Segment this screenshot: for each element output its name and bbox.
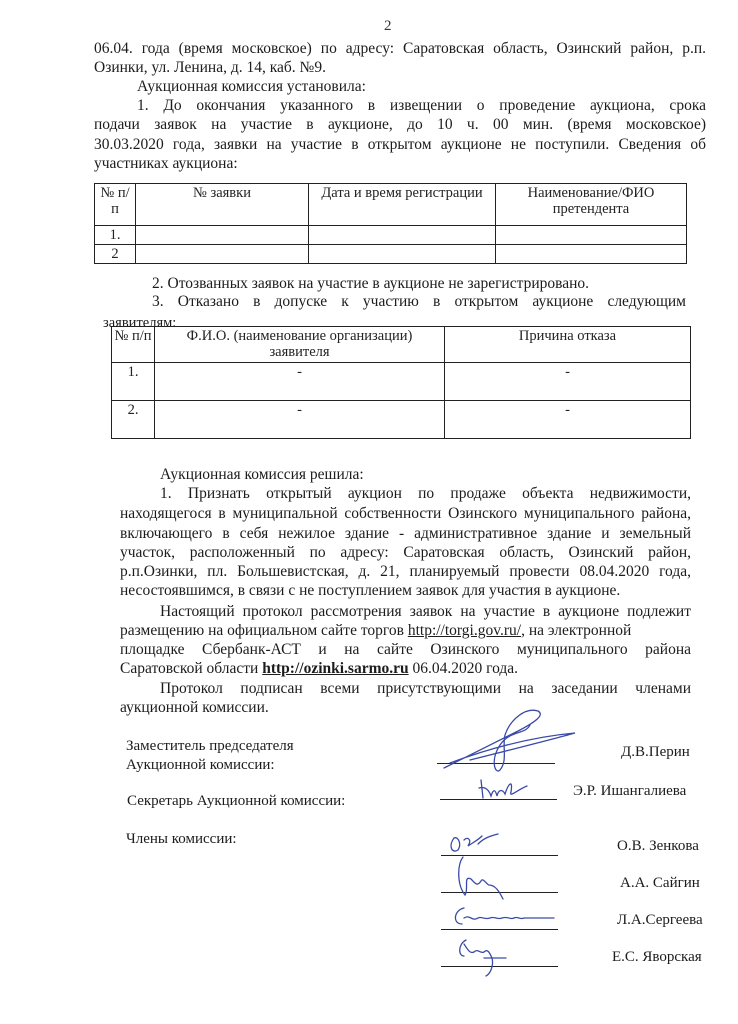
table-cell xyxy=(309,245,496,264)
publication-line2-pre: размещению на официальном сайте торгов xyxy=(120,622,408,639)
table-cell: 2 xyxy=(95,245,136,264)
header-cell: Ф.И.О. (наименование организации) заявит… xyxy=(155,327,445,363)
header-cell: Причина отказа xyxy=(445,327,691,363)
decided-line: включающего в себя нежилое здание - адми… xyxy=(120,525,691,543)
table-row: 2. - - xyxy=(112,401,691,439)
publication-line3: площадке Сбербанк-АСТ и на сайте Озинско… xyxy=(120,641,691,659)
deputy-label-1: Заместитель председателя xyxy=(126,737,294,755)
publication-line4: Саратовской области http://ozinki.sarmo.… xyxy=(120,660,518,678)
table-row: 2 xyxy=(95,245,687,264)
table-row: 1. - - xyxy=(112,363,691,401)
signed-line2: аукционной комиссии. xyxy=(120,699,269,717)
member-signature-icon xyxy=(450,904,560,934)
applications-table: № п/п № заявки Дата и время регистрации … xyxy=(94,183,687,264)
item-2: 2. Отозванных заявок на участие в аукцио… xyxy=(152,275,589,293)
table-cell xyxy=(136,245,309,264)
intro-line-2: Озинки, ул. Ленина, д. 14, каб. №9. xyxy=(94,59,326,77)
table-cell: - xyxy=(155,363,445,401)
header-cell: № заявки xyxy=(136,184,309,226)
decided-line: р.п.Озинки, пл. Большевистская, д. 21, п… xyxy=(120,563,691,581)
table-cell xyxy=(496,245,687,264)
established-item1-line1: 1. До окончания указанного в извещении о… xyxy=(137,97,706,115)
member-name: Е.С. Яворская xyxy=(612,948,702,966)
member-signature-icon xyxy=(454,938,514,978)
member-signature-icon xyxy=(455,855,515,903)
header-cell: № п/п xyxy=(95,184,136,226)
ozinki-link[interactable]: http://ozinki.sarmo.ru xyxy=(262,660,408,677)
decided-line: 1. Признать открытый аукцион по продаже … xyxy=(160,485,691,503)
decided-line: участок, расположенный по адресу: Сарато… xyxy=(120,544,691,562)
publication-line4-post: 06.04.2020 года. xyxy=(409,660,518,677)
established-heading: Аукционная комиссия установила: xyxy=(137,78,366,96)
established-item1-line2: подачи заявок на участие в аукционе, до … xyxy=(94,116,706,134)
item-3-line1: 3. Отказано в допуске к участию в открыт… xyxy=(152,293,686,311)
table-cell: - xyxy=(445,401,691,439)
decided-line: несостоявшимся, в связи с не поступление… xyxy=(120,582,620,600)
table-cell xyxy=(496,226,687,245)
members-label: Члены комиссии: xyxy=(126,830,237,848)
intro-line-1: 06.04. года (время московское) по адресу… xyxy=(94,40,706,58)
table-header-row: № п/п № заявки Дата и время регистрации … xyxy=(95,184,687,226)
table-cell: - xyxy=(445,363,691,401)
table-cell: 1. xyxy=(112,363,155,401)
established-item1-line3: 30.03.2020 года, заявки на участие в отк… xyxy=(94,136,706,154)
secretary-signature-icon xyxy=(477,778,547,800)
member-name: А.А. Сайгин xyxy=(620,874,700,892)
publication-line2-post: , на электронной xyxy=(521,622,631,639)
header-cell: № п/п xyxy=(112,327,155,363)
table-header-row: № п/п Ф.И.О. (наименование организации) … xyxy=(112,327,691,363)
decided-heading: Аукционная комиссия решила: xyxy=(160,466,364,484)
publication-line2: размещению на официальном сайте торгов h… xyxy=(120,622,691,640)
established-item1-line4: участниках аукциона: xyxy=(94,155,238,173)
secretary-label: Секретарь Аукционной комиссии: xyxy=(127,792,345,810)
table-cell xyxy=(136,226,309,245)
header-cell: Дата и время регистрации xyxy=(309,184,496,226)
header-cell: Наименование/ФИО претендента xyxy=(496,184,687,226)
publication-line4-pre: Саратовской области xyxy=(120,660,262,677)
member-name: О.В. Зенкова xyxy=(617,837,699,855)
publication-line1: Настоящий протокол рассмотрения заявок н… xyxy=(160,603,691,621)
table-cell: 2. xyxy=(112,401,155,439)
table-row: 1. xyxy=(95,226,687,245)
table-cell: - xyxy=(155,401,445,439)
decided-line: находящегося в муниципальной собственнос… xyxy=(120,505,691,523)
deputy-name: Д.В.Перин xyxy=(621,743,690,761)
rejections-table: № п/п Ф.И.О. (наименование организации) … xyxy=(111,326,691,439)
deputy-signature-icon xyxy=(440,705,580,775)
torgi-link[interactable]: http://torgi.gov.ru/ xyxy=(408,622,521,639)
member-name: Л.А.Сергеева xyxy=(617,911,703,929)
signed-line1: Протокол подписан всеми присутствующими … xyxy=(160,680,691,698)
table-cell xyxy=(309,226,496,245)
table-cell: 1. xyxy=(95,226,136,245)
secretary-name: Э.Р. Ишангалиева xyxy=(573,782,686,800)
deputy-label-2: Аукционной комиссии: xyxy=(126,756,275,774)
page-number: 2 xyxy=(384,18,392,35)
